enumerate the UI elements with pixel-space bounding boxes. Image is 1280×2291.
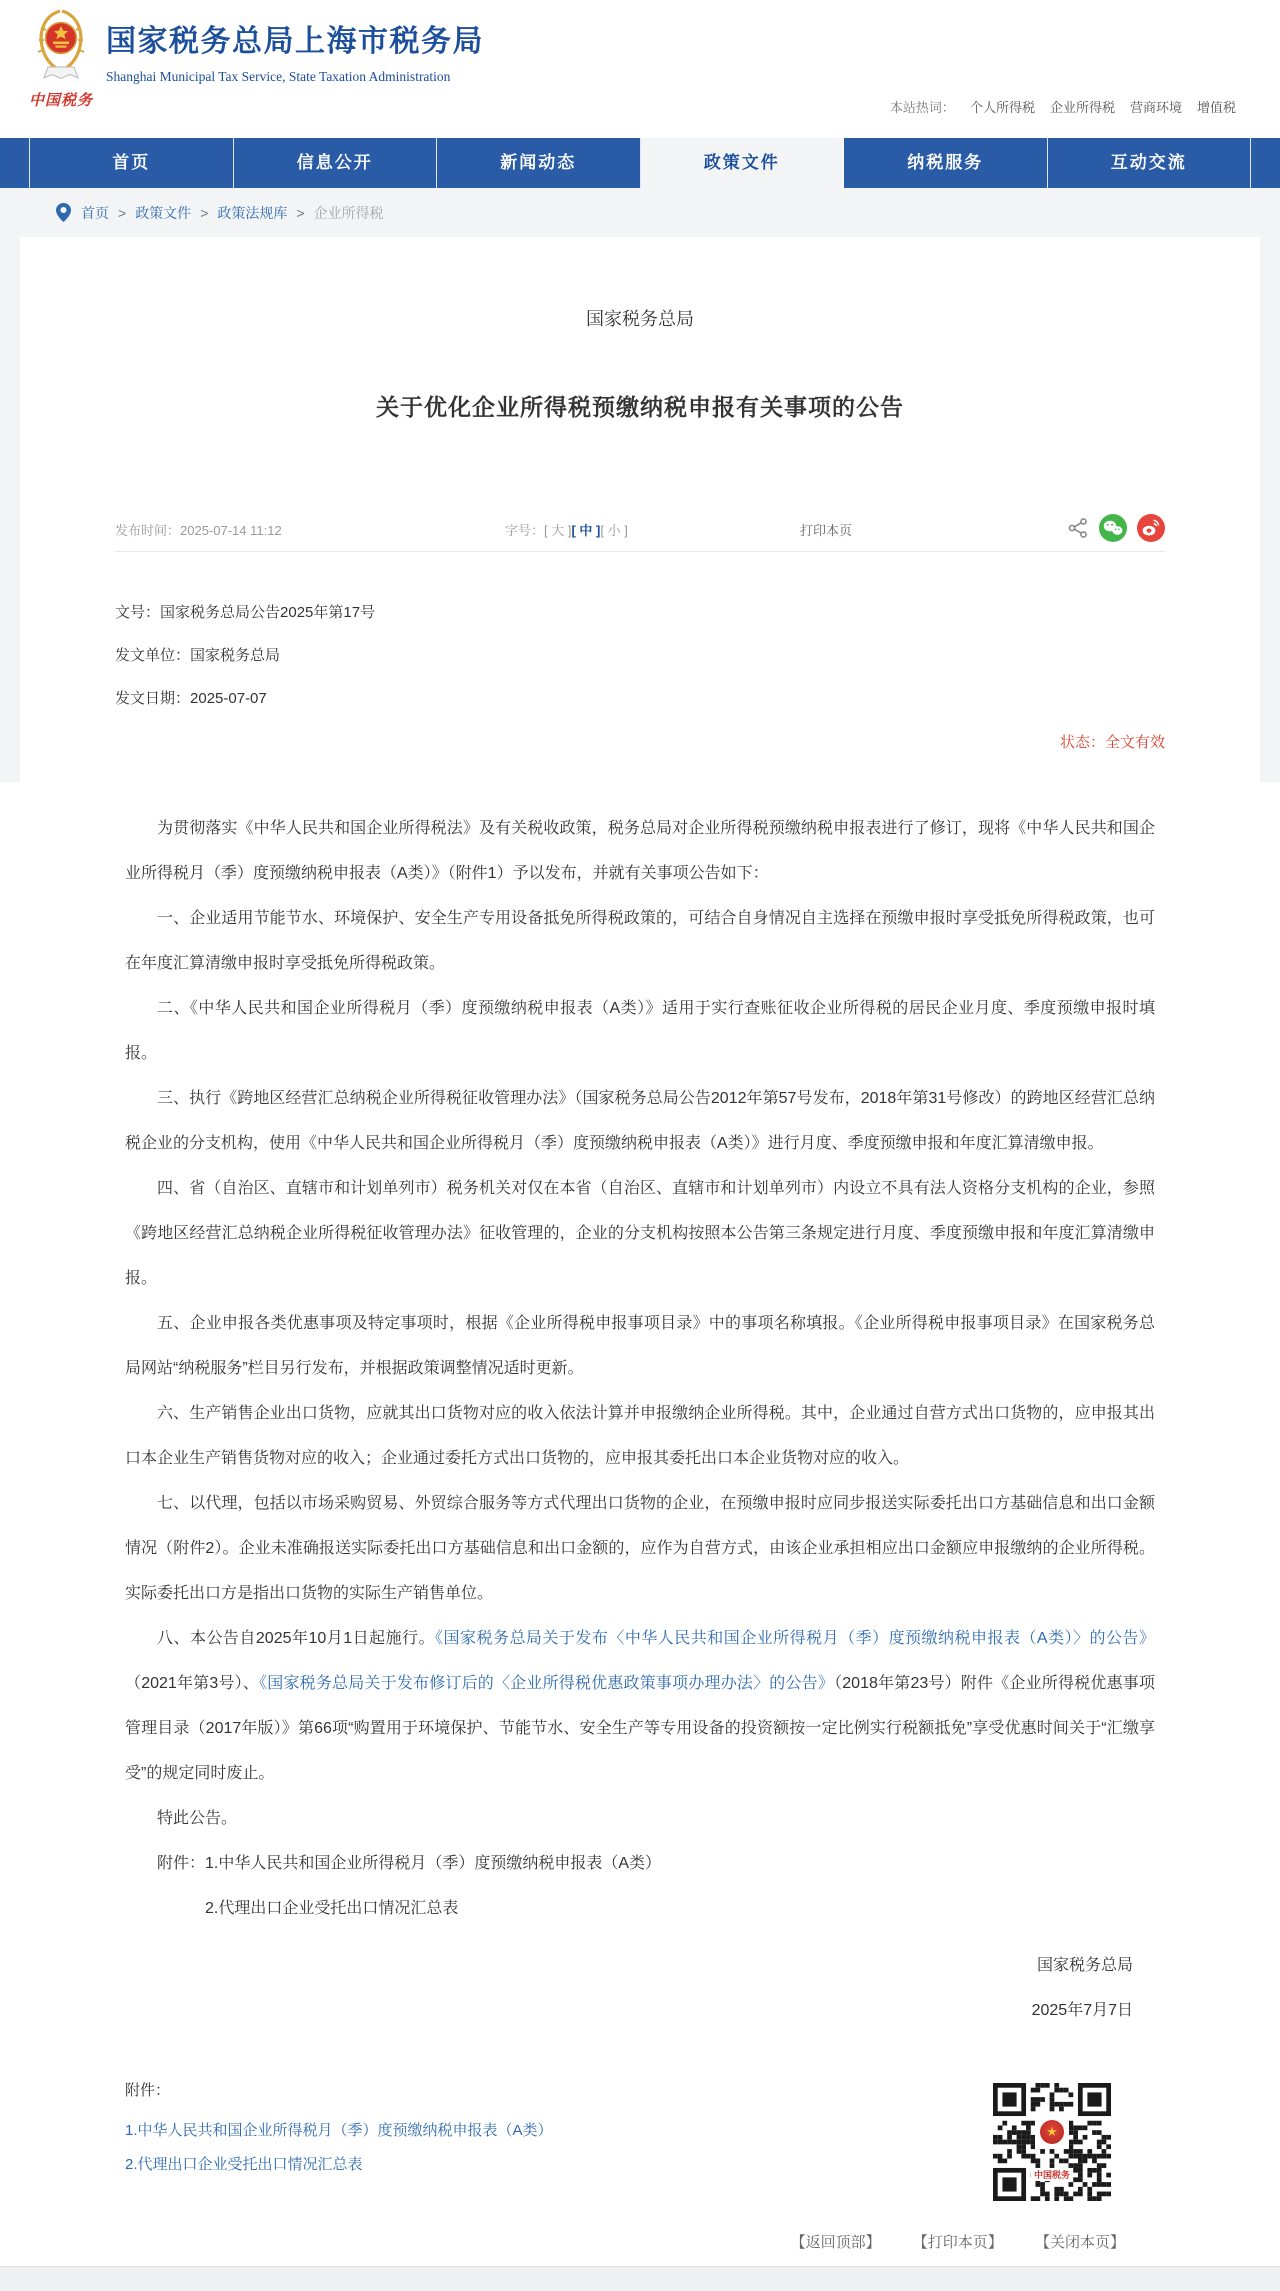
attachment-link-2[interactable]: 2.代理出口企业受托出口情况汇总表 <box>125 2148 553 2182</box>
location-pin-icon <box>56 203 71 222</box>
signature-org: 国家税务总局 <box>125 1943 1133 1988</box>
publish-time: 发布时间：2025-07-14 11:12 <box>115 520 282 539</box>
document-title: 关于优化企业所得税预缴纳税申报有关事项的公告 <box>20 389 1260 422</box>
share-icon[interactable] <box>1067 517 1089 539</box>
brand-block: 国家税务总局上海市税务局 Shanghai Municipal Tax Serv… <box>106 16 484 85</box>
weibo-icon[interactable] <box>1137 514 1165 542</box>
site-header: 中国税务 国家税务总局上海市税务局 Shanghai Municipal Tax… <box>0 0 1280 138</box>
attachments-label: 附件： <box>125 2079 553 2100</box>
status-label: 状态： <box>1060 734 1105 751</box>
nav-tab-home[interactable]: 首页 <box>30 138 234 188</box>
breadcrumb: 首页 > 政策文件 > 政策法规库 > 企业所得税 <box>0 188 1280 237</box>
page: 中国税务 国家税务总局上海市税务局 Shanghai Municipal Tax… <box>0 0 1280 2291</box>
qr-emblem: ★ <box>1035 2115 1069 2149</box>
status-badge: 状态：全文有效 <box>20 731 1165 752</box>
font-size-medium-button[interactable]: [ 中 ] <box>571 523 600 538</box>
site-subtitle: Shanghai Municipal Tax Service, State Ta… <box>106 69 484 85</box>
font-size-label: 字号： <box>505 523 544 538</box>
nav-tab-news[interactable]: 新闻动态 <box>437 138 641 188</box>
meta-label: 发文单位： <box>115 647 190 664</box>
body-paragraph: 为贯彻落实《中华人民共和国企业所得税法》及有关税收政策，税务总局对企业所得税预缴… <box>125 806 1155 896</box>
attachments-row: 附件： 1.中华人民共和国企业所得税月（季）度预缴纳税申报表（A类） 2.代理出… <box>125 2079 1155 2205</box>
signature-block: 国家税务总局 2025年7月7日 <box>125 1943 1133 2033</box>
meta-value: 国家税务总局公告2025年第17号 <box>160 604 375 621</box>
hot-word-link[interactable]: 企业所得税 <box>1050 100 1115 115</box>
hot-word-link[interactable]: 增值税 <box>1197 100 1236 115</box>
page-actions: 【返回顶部】 【打印本页】 【关闭本页】 <box>125 2231 1125 2252</box>
logo-caption: 中国税务 <box>28 89 94 110</box>
article-body: 为贯彻落实《中华人民共和国企业所得税法》及有关税收政策，税务总局对企业所得税预缴… <box>125 806 1155 1931</box>
hot-words-bar: 本站热词：个人所得税企业所得税营商环境增值税 <box>890 97 1236 116</box>
publish-time-label: 发布时间： <box>115 523 180 538</box>
main-nav: 首页 信息公开 新闻动态 政策文件 纳税服务 互动交流 <box>0 138 1280 188</box>
status-value: 全文有效 <box>1105 734 1165 751</box>
document-issuer: 国家税务总局 <box>20 237 1260 331</box>
attachment-link-1[interactable]: 1.中华人民共和国企业所得税月（季）度预缴纳税申报表（A类） <box>125 2114 553 2148</box>
font-size-large-button[interactable]: [ 大 ] <box>544 523 571 538</box>
hot-word-link[interactable]: 个人所得税 <box>970 100 1035 115</box>
meta-value: 国家税务总局 <box>190 647 280 664</box>
body-paragraph: 一、企业适用节能节水、环境保护、安全生产专用设备抵免所得税政策的，可结合自身情况… <box>125 896 1155 986</box>
article-section: 为贯彻落实《中华人民共和国企业所得税法》及有关税收政策，税务总局对企业所得税预缴… <box>0 782 1280 2267</box>
breadcrumb-link-policy[interactable]: 政策文件 <box>135 203 191 223</box>
body-paragraph: 三、执行《跨地区经营汇总纳税企业所得税征收管理办法》（国家税务总局公告2012年… <box>125 1076 1155 1166</box>
nav-tab-info-disclosure[interactable]: 信息公开 <box>234 138 438 188</box>
breadcrumb-separator: > <box>200 205 208 221</box>
breadcrumb-separator: > <box>118 205 126 221</box>
body-paragraph: 五、企业申报各类优惠事项及特定事项时，根据《企业所得税申报事项目录》中的事项名称… <box>125 1301 1155 1391</box>
close-page-button[interactable]: 【关闭本页】 <box>1035 2234 1125 2251</box>
qr-code: ★ 中国税务 <box>989 2079 1115 2205</box>
meta-doc-number: 文号：国家税务总局公告2025年第17号 <box>115 602 1165 623</box>
inline-doc-link[interactable]: 《国家税务总局关于发布〈中华人民共和国企业所得税月（季）度预缴纳税申报表（A类）… <box>435 1630 1155 1647</box>
document-meta: 文号：国家税务总局公告2025年第17号 发文单位：国家税务总局 发文日期：20… <box>115 602 1165 709</box>
qr-caption: 中国税务 <box>1031 2168 1073 2181</box>
back-to-top-button[interactable]: 【返回顶部】 <box>791 2234 881 2251</box>
site-title: 国家税务总局上海市税务局 <box>106 16 484 60</box>
signature-date: 2025年7月7日 <box>125 1988 1133 2033</box>
body-paragraph: 二、《中华人民共和国企业所得税月（季）度预缴纳税申报表（A类）》适用于实行查账征… <box>125 986 1155 1076</box>
breadcrumb-separator: > <box>296 205 304 221</box>
body-paragraph: 七、以代理，包括以市场采购贸易、外贸综合服务等方式代理出口货物的企业，在预缴申报… <box>125 1481 1155 1616</box>
meta-label: 发文日期： <box>115 690 190 707</box>
hot-word-link[interactable]: 营商环境 <box>1130 100 1182 115</box>
meta-issue-date: 发文日期：2025-07-07 <box>115 688 1165 709</box>
breadcrumb-current: 企业所得税 <box>314 203 384 223</box>
font-size-switcher: 字号：[ 大 ][ 中 ][ 小 ] <box>505 520 628 539</box>
inline-doc-link[interactable]: 《国家税务总局关于发布修订后的〈企业所得税优惠政策事项办理办法〉的公告》 <box>259 1675 834 1692</box>
meta-label: 文号： <box>115 604 160 621</box>
print-page-bottom-button[interactable]: 【打印本页】 <box>913 2234 1003 2251</box>
document-card: 国家税务总局 关于优化企业所得税预缴纳税申报有关事项的公告 发布时间：2025-… <box>20 237 1260 782</box>
national-emblem-icon <box>34 6 88 82</box>
hot-words-label: 本站热词： <box>890 100 955 115</box>
meta-issuing-org: 发文单位：国家税务总局 <box>115 645 1165 666</box>
share-group <box>1067 514 1165 542</box>
body-paragraph: 八、本公告自2025年10月1日起施行。《国家税务总局关于发布〈中华人民共和国企… <box>125 1616 1155 1796</box>
nav-tab-policy-documents[interactable]: 政策文件 <box>641 138 845 188</box>
body-paragraph: 六、生产销售企业出口货物，应就其出口货物对应的收入依法计算并申报缴纳企业所得税。… <box>125 1391 1155 1481</box>
qr-emblem-star-icon: ★ <box>1040 2120 1064 2144</box>
publish-time-value: 2025-07-14 11:12 <box>180 523 282 538</box>
print-page-button[interactable]: 打印本页 <box>800 520 852 539</box>
publish-info-bar: 发布时间：2025-07-14 11:12 字号：[ 大 ][ 中 ][ 小 ]… <box>115 518 1165 552</box>
attachments-block: 附件： 1.中华人民共和国企业所得税月（季）度预缴纳税申报表（A类） 2.代理出… <box>125 2079 553 2182</box>
body-paragraph: 四、省（自治区、直辖市和计划单列市）税务机关对仅在本省（自治区、直辖市和计划单列… <box>125 1166 1155 1301</box>
body-paragraph: 特此公告。 <box>125 1796 1155 1841</box>
meta-value: 2025-07-07 <box>190 690 267 707</box>
nav-tab-tax-services[interactable]: 纳税服务 <box>844 138 1048 188</box>
nav-tab-interaction[interactable]: 互动交流 <box>1048 138 1252 188</box>
font-size-small-button[interactable]: [ 小 ] <box>600 523 627 538</box>
site-logo[interactable]: 中国税务 <box>28 6 94 110</box>
main-nav-inner: 首页 信息公开 新闻动态 政策文件 纳税服务 互动交流 <box>29 138 1251 188</box>
footer-strip <box>0 2267 1280 2291</box>
wechat-icon[interactable] <box>1099 514 1127 542</box>
breadcrumb-link-home[interactable]: 首页 <box>81 203 109 223</box>
body-paragraph: 2.代理出口企业受托出口情况汇总表 <box>125 1886 1155 1931</box>
breadcrumb-link-law-library[interactable]: 政策法规库 <box>217 203 287 223</box>
body-paragraph: 附件：1.中华人民共和国企业所得税月（季）度预缴纳税申报表（A类） <box>125 1841 1155 1886</box>
